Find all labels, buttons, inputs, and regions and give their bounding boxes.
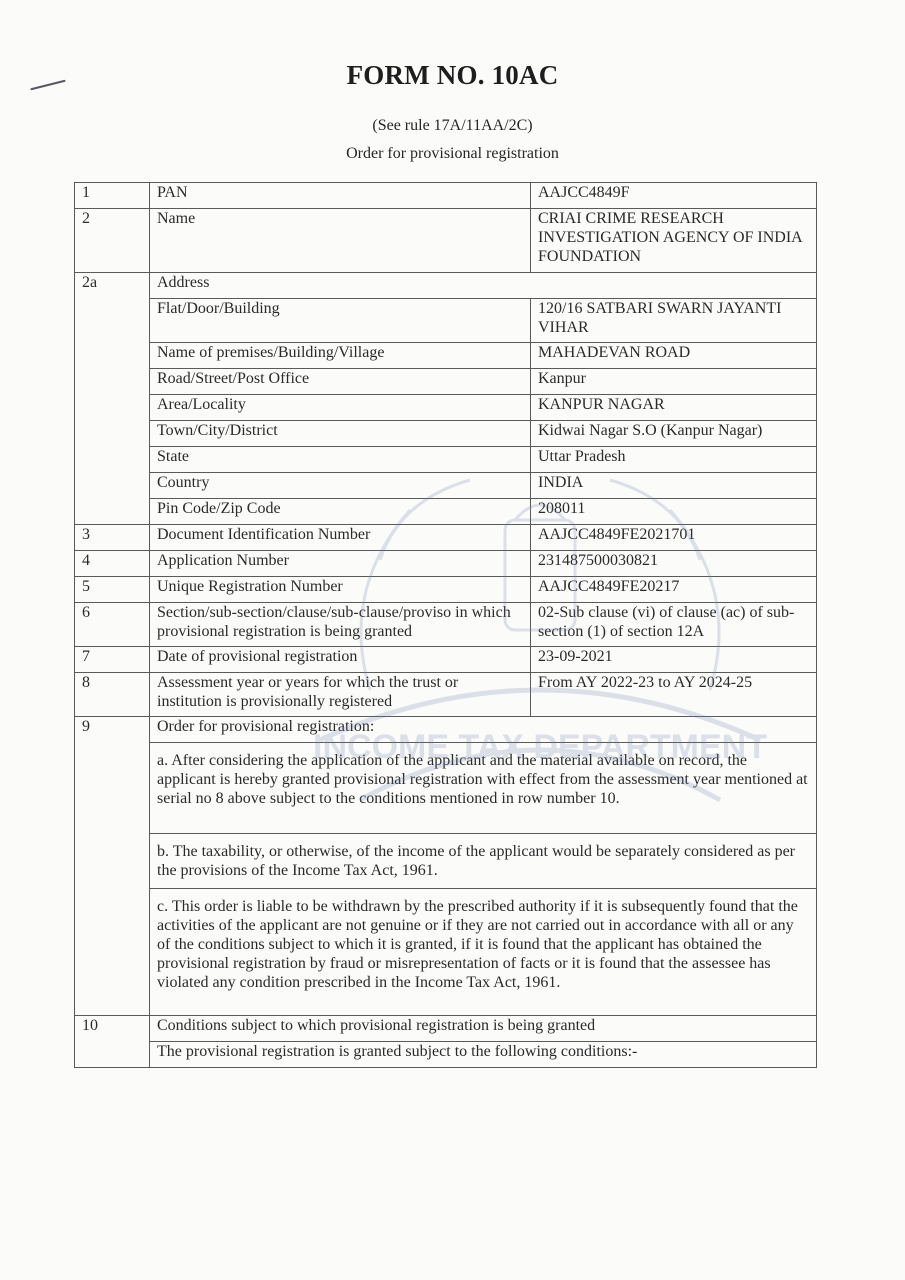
row-order: 9 Order for provisional registration:: [75, 717, 817, 743]
conditions-intro: The provisional registration is granted …: [150, 1042, 817, 1068]
address-field: Name of premises/Building/Village MAHADE…: [75, 343, 817, 369]
row-label: Order for provisional registration:: [150, 717, 817, 743]
order-paragraph-a: a. After considering the application of …: [150, 743, 817, 834]
row-label: Application Number: [150, 551, 531, 577]
row-label: Address: [150, 273, 817, 299]
row-din: 3 Document Identification Number AAJCC48…: [75, 525, 817, 551]
name-value: CRIAI CRIME RESEARCH INVESTIGATION AGENC…: [531, 209, 817, 273]
row-application: 4 Application Number 231487500030821: [75, 551, 817, 577]
row-label: Section/sub-section/clause/sub-clause/pr…: [150, 603, 531, 647]
row-number: 10: [75, 1016, 150, 1068]
field-value: 208011: [531, 499, 817, 525]
field-label: Road/Street/Post Office: [150, 369, 531, 395]
row-label: Date of provisional registration: [150, 647, 531, 673]
field-label: Name of premises/Building/Village: [150, 343, 531, 369]
row-label: Conditions subject to which provisional …: [150, 1016, 817, 1042]
row-number: 9: [75, 717, 150, 1016]
urn-value: AAJCC4849FE20217: [531, 577, 817, 603]
row-number: 4: [75, 551, 150, 577]
row-address: 2a Address: [75, 273, 817, 299]
field-label: Area/Locality: [150, 395, 531, 421]
row-number: 1: [75, 183, 150, 209]
field-label: Country: [150, 473, 531, 499]
row-label: Assessment year or years for which the t…: [150, 673, 531, 717]
address-field: Town/City/District Kidwai Nagar S.O (Kan…: [75, 421, 817, 447]
address-field: Flat/Door/Building 120/16 SATBARI SWARN …: [75, 299, 817, 343]
assessment-value: From AY 2022-23 to AY 2024-25: [531, 673, 817, 717]
row-label: PAN: [150, 183, 531, 209]
row-label: Document Identification Number: [150, 525, 531, 551]
field-value: Kidwai Nagar S.O (Kanpur Nagar): [531, 421, 817, 447]
row-conditions: 10 Conditions subject to which provision…: [75, 1016, 817, 1042]
order-paragraph: a. After considering the application of …: [75, 743, 817, 834]
address-field: State Uttar Pradesh: [75, 447, 817, 473]
form-title: FORM NO. 10AC: [0, 60, 905, 91]
row-number: 2: [75, 209, 150, 273]
field-value: INDIA: [531, 473, 817, 499]
field-value: Kanpur: [531, 369, 817, 395]
field-label: State: [150, 447, 531, 473]
order-paragraph-c: c. This order is liable to be withdrawn …: [150, 889, 817, 1016]
field-value: 120/16 SATBARI SWARN JAYANTI VIHAR: [531, 299, 817, 343]
section-value: 02-Sub clause (vi) of clause (ac) of sub…: [531, 603, 817, 647]
address-field: Pin Code/Zip Code 208011: [75, 499, 817, 525]
row-label: Unique Registration Number: [150, 577, 531, 603]
row-section: 6 Section/sub-section/clause/sub-clause/…: [75, 603, 817, 647]
row-assessment: 8 Assessment year or years for which the…: [75, 673, 817, 717]
address-field: Road/Street/Post Office Kanpur: [75, 369, 817, 395]
row-number: 5: [75, 577, 150, 603]
field-value: MAHADEVAN ROAD: [531, 343, 817, 369]
order-paragraph: c. This order is liable to be withdrawn …: [75, 889, 817, 1016]
row-number: 7: [75, 647, 150, 673]
row-urn: 5 Unique Registration Number AAJCC4849FE…: [75, 577, 817, 603]
order-paragraph-b: b. The taxability, or otherwise, of the …: [150, 834, 817, 889]
field-label: Town/City/District: [150, 421, 531, 447]
address-field: Area/Locality KANPUR NAGAR: [75, 395, 817, 421]
row-date: 7 Date of provisional registration 23-09…: [75, 647, 817, 673]
field-value: KANPUR NAGAR: [531, 395, 817, 421]
row-label: Name: [150, 209, 531, 273]
pan-value: AAJCC4849F: [531, 183, 817, 209]
order-paragraph: b. The taxability, or otherwise, of the …: [75, 834, 817, 889]
registration-table: 1 PAN AAJCC4849F 2 Name CRIAI CRIME RESE…: [74, 182, 817, 1068]
row-number: 6: [75, 603, 150, 647]
field-label: Flat/Door/Building: [150, 299, 531, 343]
field-label: Pin Code/Zip Code: [150, 499, 531, 525]
row-number: 3: [75, 525, 150, 551]
date-value: 23-09-2021: [531, 647, 817, 673]
din-value: AAJCC4849FE2021701: [531, 525, 817, 551]
row-number: 2a: [75, 273, 150, 525]
field-value: Uttar Pradesh: [531, 447, 817, 473]
row-name: 2 Name CRIAI CRIME RESEARCH INVESTIGATIO…: [75, 209, 817, 273]
conditions-intro-row: The provisional registration is granted …: [75, 1042, 817, 1068]
form-subtitle: Order for provisional registration: [0, 145, 905, 163]
application-value: 231487500030821: [531, 551, 817, 577]
row-number: 8: [75, 673, 150, 717]
form-rule: (See rule 17A/11AA/2C): [0, 117, 905, 135]
row-pan: 1 PAN AAJCC4849F: [75, 183, 817, 209]
address-field: Country INDIA: [75, 473, 817, 499]
